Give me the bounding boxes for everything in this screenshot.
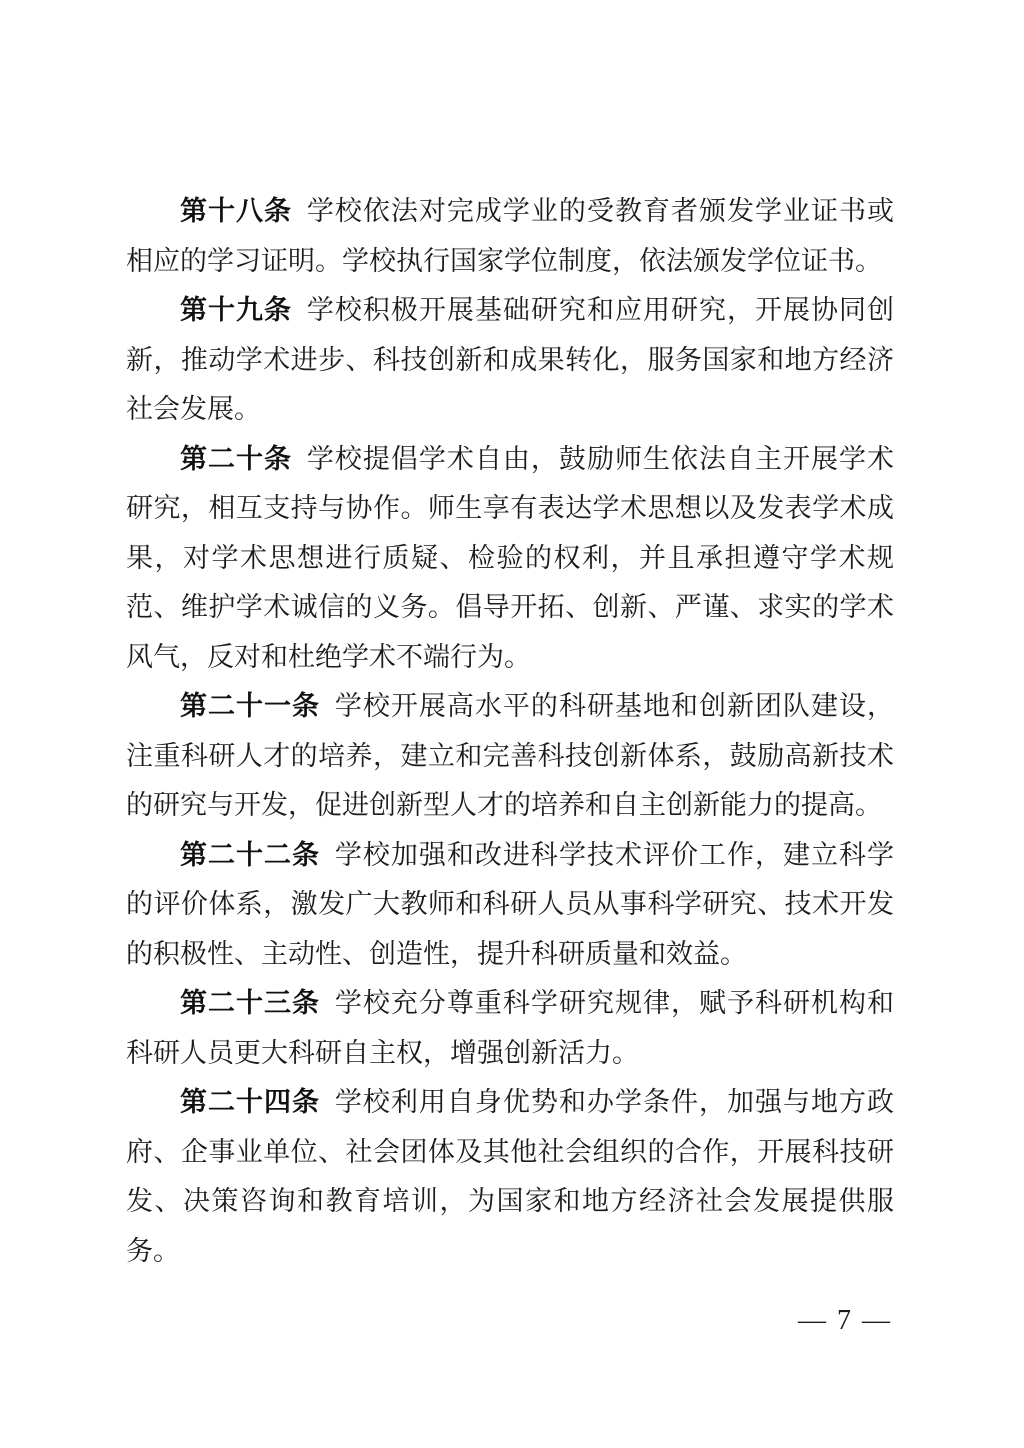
article-paragraph-24: 第二十四条学校利用自身优势和办学条件，加强与地方政府、企事业单位、社会团体及其他… (126, 1078, 894, 1276)
document-text-block: 第十八条学校依法对完成学业的受教育者颁发学业证书或相应的学习证明。学校执行国家学… (126, 187, 894, 1276)
article-number: 第二十四条 (180, 1087, 320, 1117)
article-paragraph-23: 第二十三条学校充分尊重科学研究规律，赋予科研机构和科研人员更大科研自主权，增强创… (126, 979, 894, 1078)
article-number: 第十九条 (180, 295, 292, 325)
article-paragraph-21: 第二十一条学校开展高水平的科研基地和创新团队建设，注重科研人才的培养，建立和完善… (126, 682, 894, 831)
article-paragraph-22: 第二十二条学校加强和改进科学技术评价工作，建立科学的评价体系，激发广大教师和科研… (126, 831, 894, 980)
article-paragraph-18: 第十八条学校依法对完成学业的受教育者颁发学业证书或相应的学习证明。学校执行国家学… (126, 187, 894, 286)
article-paragraph-19: 第十九条学校积极开展基础研究和应用研究，开展协同创新，推动学术进步、科技创新和成… (126, 286, 894, 435)
article-number: 第十八条 (180, 196, 292, 226)
article-number: 第二十一条 (180, 691, 320, 721)
article-number: 第二十条 (180, 444, 292, 474)
article-number: 第二十三条 (180, 988, 320, 1018)
page-number: — 7 — (798, 1303, 892, 1339)
article-number: 第二十二条 (180, 840, 320, 870)
article-paragraph-20: 第二十条学校提倡学术自由，鼓励师生依法自主开展学术研究，相互支持与协作。师生享有… (126, 435, 894, 683)
document-page: { "colors": { "background": "#ffffff", "… (0, 0, 1024, 1448)
article-text: 学校提倡学术自由，鼓励师生依法自主开展学术研究，相互支持与协作。师生享有表达学术… (126, 444, 894, 672)
